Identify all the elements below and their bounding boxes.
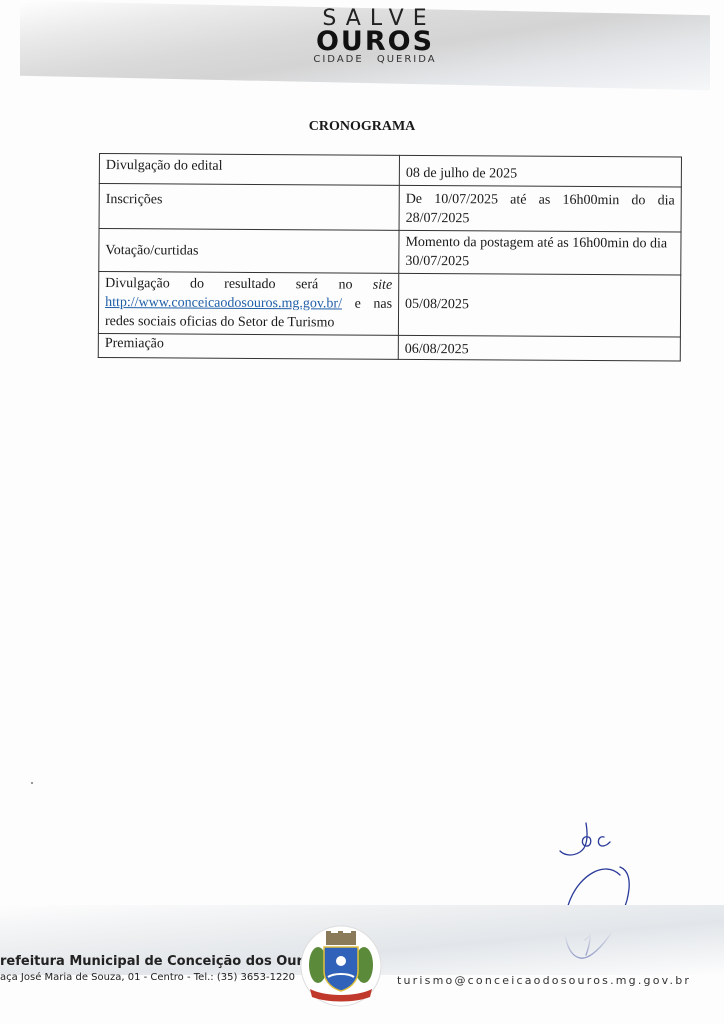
scan-speck [31,782,33,784]
footer-email: turismo@conceicaodosouros.mg.gov.br [397,974,691,987]
logo-line-3: CIDADE QUERIDA [300,54,450,66]
result-label-italic: site [373,278,393,293]
table-row: Premiação 06/08/2025 [98,333,680,361]
table-row: Inscrições De 10/07/2025 até as 16h00min… [99,184,681,233]
row-value: De 10/07/2025 até as 16h00min do dia 28/… [399,185,681,232]
row-label: Divulgação do edital [99,154,399,186]
table-row: Votação/curtidas Momento da postagem até… [99,229,681,276]
site-link[interactable]: http://www.conceicaodosouros.mg.gov.br/ [105,295,342,311]
footer-organization: refeitura Municipal de Conceição dos Our… [0,954,320,969]
row-label: Votação/curtidas [99,229,399,274]
page-title: CRONOGRAMA [0,119,724,135]
salve-ouros-logo: SALVE OUROS CIDADE QUERIDA [300,8,450,66]
table-row: Divulgação do edital 08 de julho de 2025 [99,154,681,188]
table-row: Divulgação do resultado será no site htt… [98,272,680,338]
row-value: 05/08/2025 [398,273,680,337]
schedule-table: Divulgação do edital 08 de julho de 2025… [98,153,682,362]
row-label-result: Divulgação do resultado será no site htt… [98,272,398,336]
row-label: Inscrições [99,184,399,231]
row-value: 06/08/2025 [398,335,680,361]
footer-address: aça José Maria de Souza, 01 - Centro - T… [0,972,295,983]
row-value: Momento da postagem até as 16h00min do d… [399,230,681,275]
municipal-crest-icon [300,925,382,1007]
result-label-prefix: Divulgação do resultado será no [105,276,352,293]
row-value: 08 de julho de 2025 [399,155,681,187]
logo-line-2: OUROS [300,30,450,54]
row-label: Premiação [98,333,398,359]
